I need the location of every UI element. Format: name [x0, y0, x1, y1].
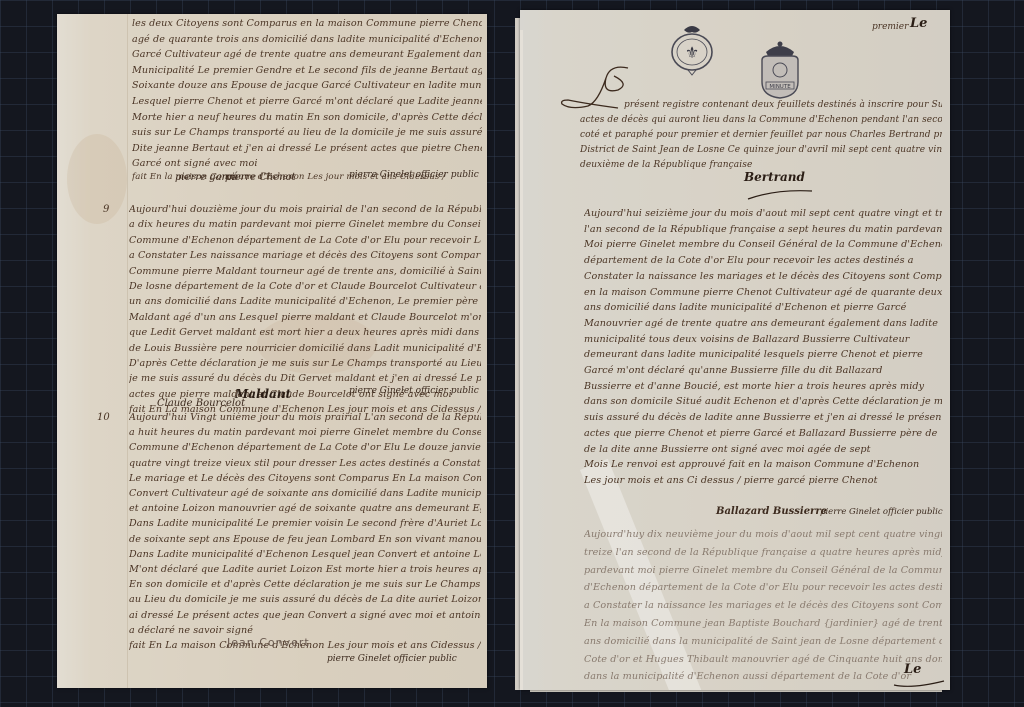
signature-officer: pierre Ginelet officier public [820, 507, 943, 517]
text-line: Dans Ladite municipalité d'Echenon Lesqu… [129, 547, 481, 562]
signature-claude-bourcelot: Claude Bourcelot [157, 398, 245, 409]
svg-text:MINUTE: MINUTE [769, 84, 791, 90]
entry-number: 10 [97, 412, 110, 423]
text-line: demeurant dans ladite municipalité lesqu… [584, 347, 942, 363]
text-line: treize l'an second de la République fran… [584, 544, 942, 562]
text-line: Garcé Cultivateur agé de trente quatre a… [132, 47, 482, 63]
text-line: District de Saint Jean de Losne Ce quinz… [580, 143, 942, 158]
text-line: de soixante sept ans Epouse de feu jean … [129, 532, 481, 547]
text-line: suis assuré du décès de ladite anne Buss… [584, 410, 942, 426]
pencil-annotation: Jean Convert [227, 636, 310, 649]
text-line: suis sur Le Champs transporté au lieu de… [132, 125, 482, 141]
text-line: a huit heures du matin pardevant moi pie… [129, 425, 481, 440]
text-line: Commune d'Echenon département de La Cote… [129, 233, 481, 248]
svg-text:⚜: ⚜ [685, 43, 699, 62]
text-line: un ans domicilié dans Ladite municipalit… [129, 294, 481, 309]
text-line: Garcé m'ont déclaré qu'anne Bussierre fi… [584, 363, 942, 379]
signature-pierre-chenot: pierre Chenot [225, 172, 296, 183]
text-line: En la maison Commune jean Baptiste Bouch… [584, 615, 942, 633]
text-line: que Ledit Gervet maldant est mort hier a… [129, 325, 481, 340]
signature-maldant: Maldant [235, 387, 291, 401]
text-line: de Louis Bussière pere nourricier domici… [129, 341, 481, 356]
margin-fold [127, 14, 128, 688]
text-line: municipalité tous deux voisins de Ballaz… [584, 332, 942, 348]
certification-text: présent registre contenant deux feuillet… [580, 98, 942, 173]
text-line: a Constater la naissance les mariages et… [584, 597, 942, 615]
entry-8-text: les deux Citoyens sont Comparus en la ma… [132, 16, 482, 182]
text-line: Soixante douze ans Epouse de jacque Garc… [132, 78, 482, 94]
text-line: Municipalité Le premier Gendre et Le sec… [132, 63, 482, 79]
right-register-page: premier Le ⚜ MINUTE présent registre con… [520, 10, 950, 690]
text-line: coté et paraphé pour premier et dernier … [580, 128, 942, 143]
text-line: Aujourd'huy dix neuvième jour du mois d'… [584, 526, 942, 544]
text-line: de la dite anne Bussierre ont signé avec… [584, 442, 942, 458]
minute-seal-icon: MINUTE [756, 38, 804, 100]
text-line: Manouvrier agé de trente quatre ans deme… [584, 316, 942, 332]
text-line: agé de quarante trois ans domicilié dans… [132, 32, 482, 48]
text-line: De losne département de la Cote d'or et … [129, 279, 481, 294]
text-line: Constater la naissance les mariages et l… [584, 269, 942, 285]
text-line: a Constater Les naissance mariage et déc… [129, 248, 481, 263]
text-line: actes de décès qui auront lieu dans la C… [580, 113, 942, 128]
text-line: Lesquel pierre Chenot et pierre Garcé m'… [132, 94, 482, 110]
text-line: Moi pierre Ginelet membre du Conseil Gén… [584, 237, 942, 253]
text-line: ai dressé Le présent actes que jean Conv… [129, 608, 481, 623]
text-line: quatre vingt treize vieux stil pour dres… [129, 456, 481, 471]
entry-10-text: Aujourd'hui Vingt unième jour du mois pr… [129, 410, 481, 653]
text-line: Commune pierre Maldant tourneur agé de t… [129, 264, 481, 279]
text-line: Dans Ladite municipalité Le premier vois… [129, 516, 481, 531]
text-line: D'après Cette déclaration je me suis sur… [129, 356, 481, 371]
text-line: Morte hier a neuf heures du matin En son… [132, 110, 482, 126]
paper-stain [67, 134, 127, 224]
text-line: Aujourd'hui Vingt unième jour du mois pr… [129, 410, 481, 425]
signature-ballazard-bussierre: Ballazard Bussierre [716, 506, 827, 517]
signature-officer: pierre Ginelet officier public [349, 170, 479, 180]
text-line: Cote d'or et Hugues Thibault manouvrier … [584, 651, 942, 669]
folio-note: premier [872, 22, 908, 32]
paraphe-flourish-icon [892, 674, 948, 686]
text-line: pardevant moi pierre Ginelet membre du C… [584, 562, 942, 580]
text-line: Aujourd'hui seizième jour du mois d'aout… [584, 206, 942, 222]
underlying-sheet [520, 30, 523, 690]
text-line: dans la municipalité d'Echenon aussi dép… [584, 668, 942, 686]
fleur-de-lis-seal-icon: ⚜ [668, 22, 716, 76]
left-register-page: les deux Citoyens sont Comparus en la ma… [57, 14, 487, 688]
text-line: ans domicilié dans ladite municipalité d… [584, 300, 942, 316]
text-line: au Lieu du domicile je me suis assuré du… [129, 592, 481, 607]
text-line: Dite jeanne Bertaut et j'en ai dressé Le… [132, 141, 482, 157]
text-line: Bussierre et d'anne Boucié, est morte hi… [584, 379, 942, 395]
signature-bertrand: Bertrand [744, 170, 805, 184]
signature-officer: pierre Ginelet officier public [349, 386, 479, 396]
text-line: département de la Cote d'or Elu pour rec… [584, 253, 942, 269]
signature-underline-icon [746, 186, 816, 200]
text-line: les deux Citoyens sont Comparus en la ma… [132, 16, 482, 32]
text-line: en la maison Commune pierre Chenot Culti… [584, 285, 942, 301]
text-line: a dix heures du matin pardevant moi pier… [129, 217, 481, 232]
entry-anne-bussierre-text: Aujourd'hui seizième jour du mois d'aout… [584, 206, 942, 489]
signature-officer: pierre Ginelet officier public [327, 654, 457, 664]
text-line: d'Echenon département de la Cote d'or El… [584, 579, 942, 597]
text-line: et antoine Loizon manouvrier agé de soix… [129, 501, 481, 516]
text-line: ans domicilié dans la municipalité de Sa… [584, 633, 942, 651]
text-line: Les jour mois et ans Ci dessus / pierre … [584, 473, 942, 489]
text-line: je me suis assuré du décès du Dit Gervet… [129, 371, 481, 386]
text-line: Maldant agé d'un ans Lesquel pierre mald… [129, 310, 481, 325]
text-line: M'ont déclaré que Ladite auriet Loizon E… [129, 562, 481, 577]
folio-paraphe: Le [910, 16, 927, 31]
text-line: l'an second de la République française a… [584, 222, 942, 238]
text-line: Convert Cultivateur agé de soixante ans … [129, 486, 481, 501]
entry-number: 9 [103, 204, 109, 215]
text-line: Commune d'Echenon département de La Cote… [129, 440, 481, 455]
text-line: Mois Le renvoi est approuvé fait en la m… [584, 457, 942, 473]
text-line: présent registre contenant deux feuillet… [580, 98, 942, 113]
text-line: Le mariage et Le décès des Citoyens sont… [129, 471, 481, 486]
text-line: En son domicile et d'après Cette déclara… [129, 577, 481, 592]
text-line: Aujourd'hui douzième jour du mois prairi… [129, 202, 481, 217]
text-line: actes que pierre Chenot et pierre Garcé … [584, 426, 942, 442]
text-line: dans son domicile Situé audit Echenon et… [584, 394, 942, 410]
entry-faded-text: Aujourd'huy dix neuvième jour du mois d'… [584, 526, 942, 686]
